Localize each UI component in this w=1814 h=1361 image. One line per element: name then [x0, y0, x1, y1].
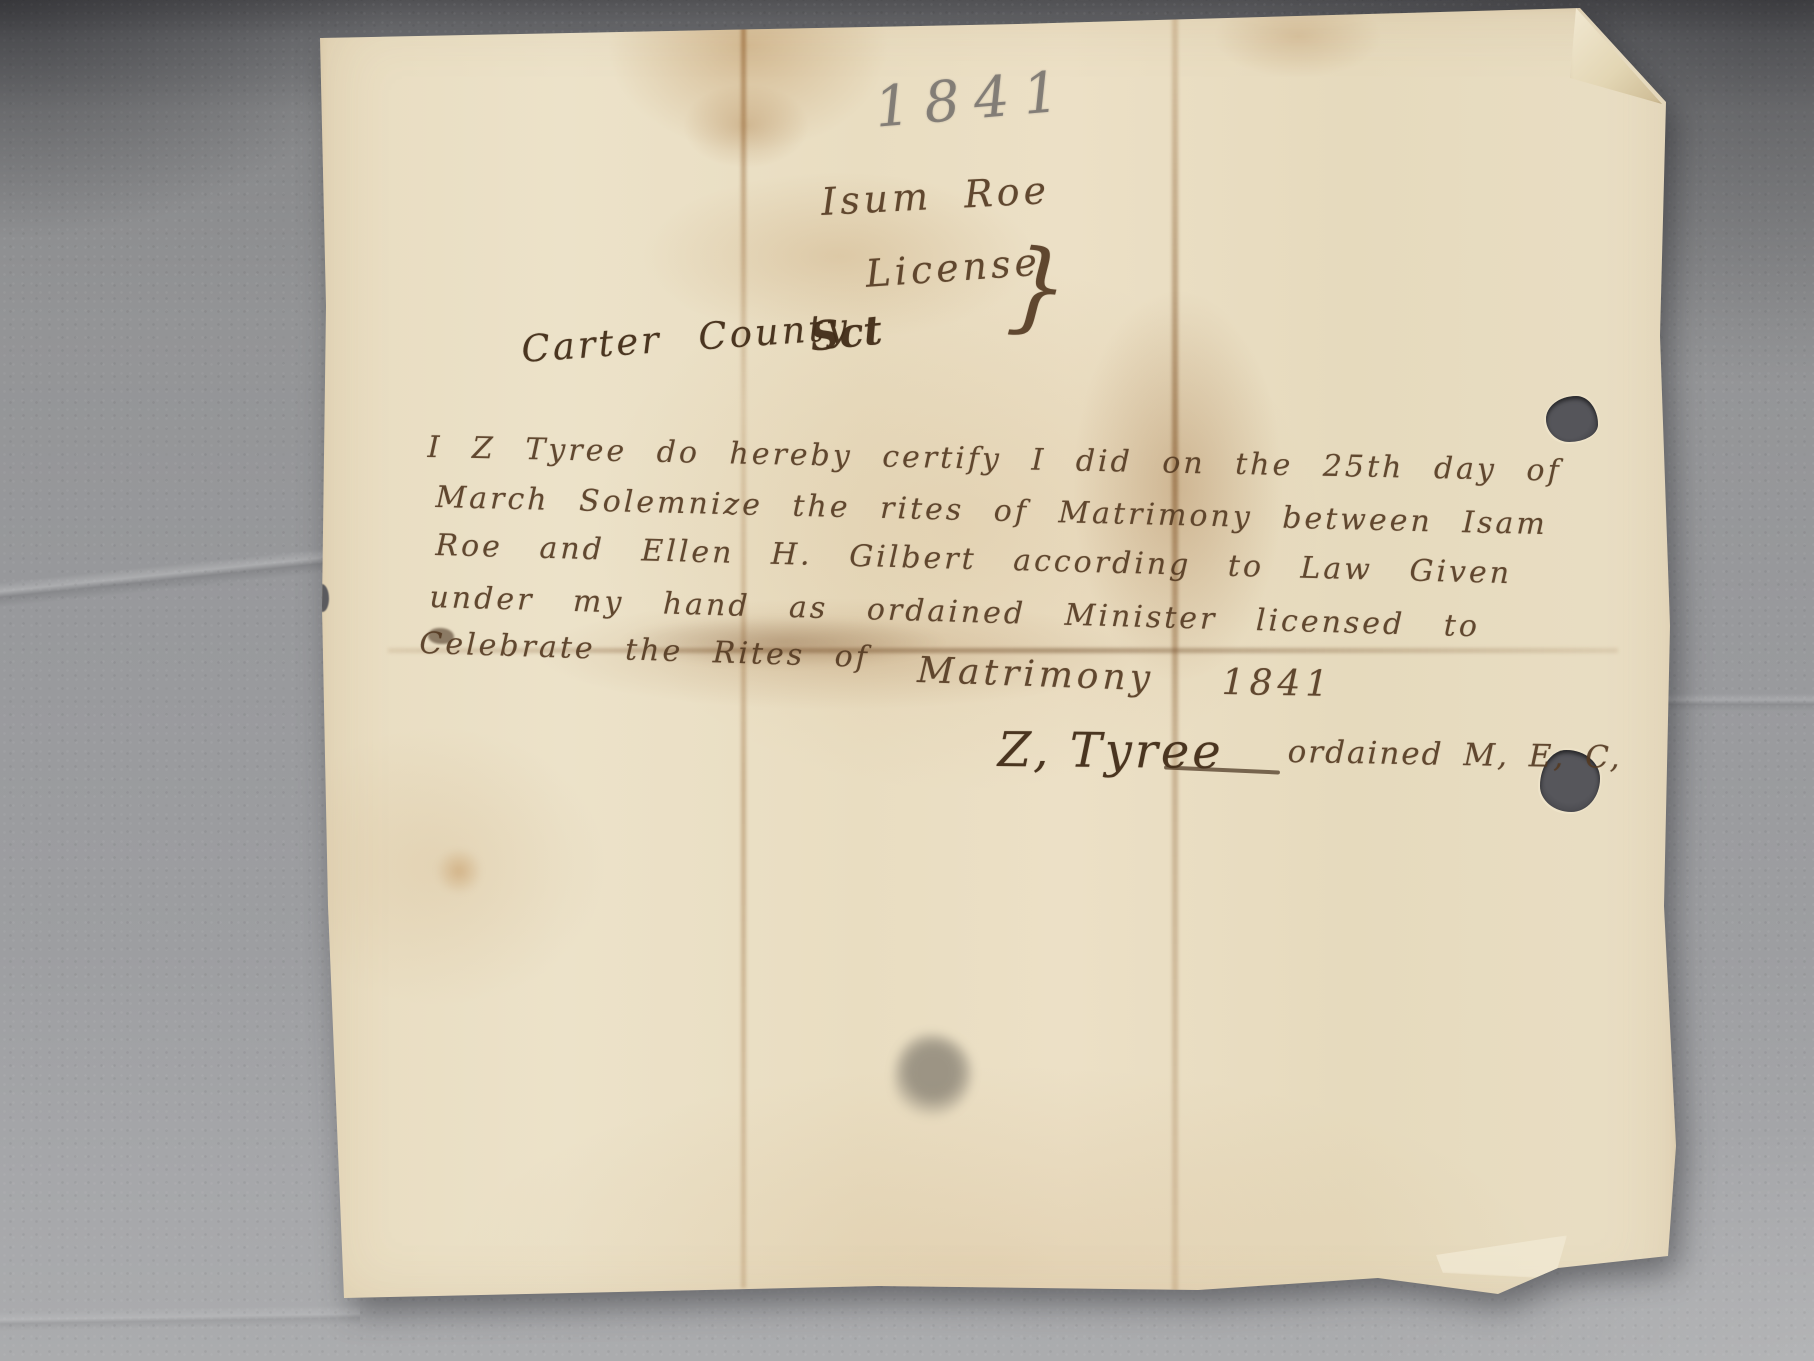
paper-hole-upper-right: [1546, 396, 1598, 442]
paper-tear-bottom-right: [1435, 1229, 1567, 1280]
surface-seam-bottom: [0, 1293, 360, 1339]
paper-stain-lower-left: [434, 849, 484, 893]
signature-name: Z, Tyree: [998, 722, 1224, 780]
closing-word-matrimony: Matrimony: [917, 650, 1155, 699]
closing-year: 1841: [1221, 662, 1333, 705]
docket-brace: }: [1004, 228, 1072, 346]
paper-smudge-bottom: [894, 1034, 972, 1118]
county-abbreviation: Sct: [808, 307, 884, 361]
paper-notch-left-edge: [315, 584, 329, 612]
signature-credentials: ordained M, E, C,: [1287, 734, 1622, 776]
paper-fold-crease-right: [1172, 16, 1178, 1301]
paper-corner-fold: [1570, 6, 1668, 108]
photo-scene: 1841 Isum Roe License } Carter County Sc…: [0, 0, 1814, 1361]
